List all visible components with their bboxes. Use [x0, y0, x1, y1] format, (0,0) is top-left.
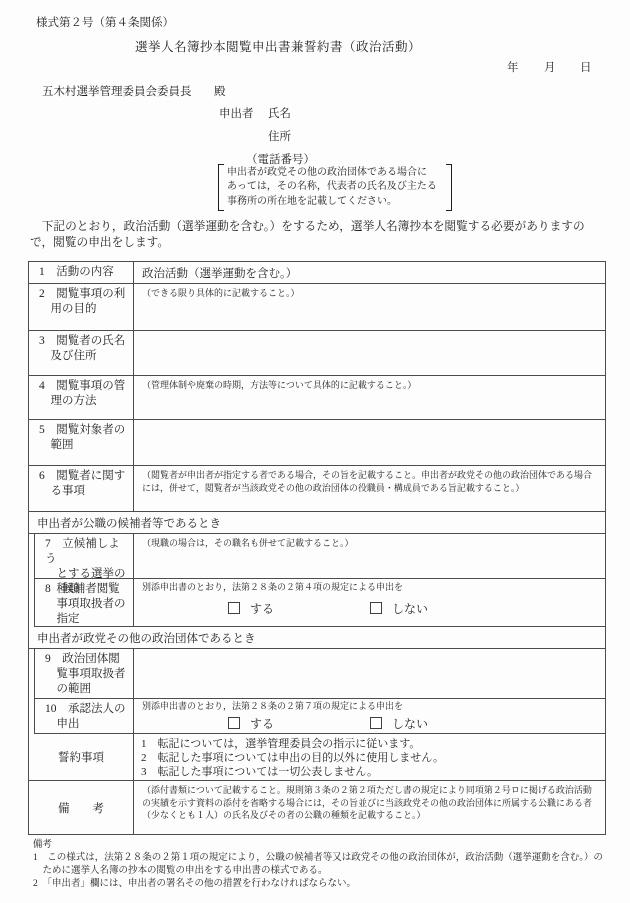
- row4-label: 4 閲覧事項の管 理の方法: [29, 376, 134, 419]
- row10-content: 別添申出書のとおり，法第２８条の２第７項の規定による申出を する しない: [134, 699, 605, 733]
- table-row-7: 7 立候補しよう とする選挙の 種類 （現職の場合は，その職名も併せて記載するこ…: [35, 534, 605, 579]
- row2-note: （できる限り具体的に記載すること。）: [142, 288, 300, 298]
- pledge-item-1: 1 転記については，選挙管理委員会の指示に従います。: [141, 738, 601, 752]
- row10-option-no: しない: [370, 715, 428, 732]
- row10-note: 別添申出書のとおり，法第２８条の２第７項の規定による申出を: [142, 701, 599, 713]
- table-row-9: 9 政治団体閲 覧事項取扱者 の範囲: [35, 649, 605, 699]
- row7-label: 7 立候補しよう とする選挙の 種類: [35, 534, 134, 578]
- remarks-note: （添付書類について記載すること。規則第３条の２第２項ただし書の規定により同項第２…: [142, 785, 592, 820]
- row3-input-area[interactable]: [134, 331, 605, 375]
- checkbox-corporation-no[interactable]: [370, 717, 382, 729]
- row1-content: 政治活動（選挙運動を含む。）: [134, 262, 605, 283]
- right-bracket: [446, 164, 452, 211]
- left-bracket: [218, 164, 224, 211]
- applicant-name-label: 氏名: [268, 105, 291, 121]
- table-row-4: 4 閲覧事項の管 理の方法 （管理体制や廃棄の時期，方法等について具体的に記載す…: [29, 376, 605, 420]
- row4-input-area[interactable]: （管理体制や廃棄の時期，方法等について具体的に記載すること。）: [134, 376, 605, 419]
- table-row-5: 5 閲覧対象者の 範囲: [29, 420, 605, 466]
- applicant-address-label: 住所: [268, 128, 291, 144]
- row9-label: 9 政治団体閲 覧事項取扱者 の範囲: [35, 649, 134, 698]
- application-table: 1 活動の内容 政治活動（選挙運動を含む。） 2 閲覧事項の利 用の目的 （でき…: [28, 261, 606, 835]
- row8-option-no-label: しない: [392, 600, 428, 617]
- row8-option-yes-label: する: [250, 600, 274, 617]
- row2-label: 2 閲覧事項の利 用の目的: [29, 284, 134, 330]
- date-year-label: 年: [507, 59, 519, 75]
- row10-option-yes-label: する: [250, 715, 274, 732]
- row8-option-yes: する: [228, 600, 274, 617]
- date-day-label: 日: [580, 59, 592, 75]
- table-row-1: 1 活動の内容 政治活動（選挙運動を含む。）: [29, 262, 605, 284]
- applicant-bracket-note: 申出者が政党その他の政治団体である場合に あっては，その名称，代表者の氏名及び主…: [218, 164, 452, 211]
- row8-label: 8 候補者閲覧 事項取扱者の 指定: [35, 579, 134, 626]
- checkbox-corporation-yes[interactable]: [228, 717, 240, 729]
- row8-note: 別添申出書のとおり，法第２８条の２第４項の規定による申出を: [142, 582, 599, 594]
- party-subtable: 9 政治団体閲 覧事項取扱者 の範囲 10 承認法人の 申出 別添申出書のとおり…: [34, 649, 605, 734]
- row1-label: 1 活動の内容: [29, 262, 134, 283]
- date-month-label: 月: [544, 59, 556, 75]
- remarks-input-area[interactable]: （添付書類について記載すること。規則第３条の２第２項ただし書の規定により同項第２…: [134, 781, 605, 834]
- intro-paragraph: 下記のとおり，政治活動（選挙運動を含む。）をするため，選挙人名簿抄本を閲覧する必…: [30, 219, 604, 250]
- page-title: 選挙人名簿抄本閲覧申出書兼誓約書（政治活動）: [135, 37, 421, 55]
- row6-input-area[interactable]: （閲覧者が申出者が指定する者である場合，その旨を記載すること。申出者が政党その他…: [134, 466, 605, 511]
- row3-label: 3 閲覧者の氏名 及び住所: [29, 331, 134, 375]
- table-row-3: 3 閲覧者の氏名 及び住所: [29, 331, 605, 376]
- footer-heading: 備考: [33, 839, 609, 852]
- table-row-6: 6 閲覧者に関す る事項 （閲覧者が申出者が指定する者である場合，その旨を記載す…: [29, 466, 605, 512]
- row6-note: （閲覧者が申出者が指定する者である場合，その旨を記載すること。申出者が政党その他…: [142, 470, 592, 493]
- row10-label: 10 承認法人の 申出: [35, 699, 134, 733]
- form-number: 様式第２号（第４条関係）: [36, 14, 174, 30]
- row5-label: 5 閲覧対象者の 範囲: [29, 420, 134, 465]
- row8-content: 別添申出書のとおり，法第２８条の２第４項の規定による申出を する しない: [134, 579, 605, 626]
- footer-note-2: 2 「申出者」欄には、申出者の署名その他の措置を行わなければならない。: [33, 878, 609, 891]
- candidate-subtable: 7 立候補しよう とする選挙の 種類 （現職の場合は，その職名も併せて記載するこ…: [34, 534, 605, 627]
- section-candidate-header: 申出者が公職の候補者等であるとき: [29, 512, 605, 534]
- table-row-8: 8 候補者閲覧 事項取扱者の 指定 別添申出書のとおり，法第２８条の２第４項の規…: [35, 579, 605, 627]
- applicant-label: 申出者: [219, 105, 254, 121]
- row5-input-area[interactable]: [134, 420, 605, 465]
- form-page: 様式第２号（第４条関係） 選挙人名簿抄本閲覧申出書兼誓約書（政治活動） 年 月 …: [0, 0, 630, 903]
- row10-options: する しない: [142, 715, 599, 732]
- row8-option-no: しない: [370, 600, 428, 617]
- remarks-label: 備 考: [29, 781, 134, 834]
- row2-input-area[interactable]: （できる限り具体的に記載すること。）: [134, 284, 605, 330]
- pledge-label: 誓約事項: [29, 734, 134, 780]
- row10-option-no-label: しない: [392, 715, 428, 732]
- pledge-item-3: 3 転記した事項については一切公表しません。: [141, 766, 601, 780]
- row8-options: する しない: [142, 600, 599, 617]
- addressee-honorific: 殿: [214, 83, 226, 99]
- pledge-item-2: 2 転記した事項については申出の目的以外に使用しません。: [141, 752, 601, 766]
- checkbox-designate-yes[interactable]: [228, 602, 240, 614]
- footer-notes: 備考 1 この様式は，法第２８条の２第１項の規定により，公職の候補者等又は政党そ…: [33, 839, 609, 891]
- remarks-row: 備 考 （添付書類について記載すること。規則第３条の２第２項ただし書の規定により…: [29, 781, 605, 834]
- section-party-header: 申出者が政党その他の政治団体であるとき: [29, 627, 605, 649]
- table-row-2: 2 閲覧事項の利 用の目的 （できる限り具体的に記載すること。）: [29, 284, 605, 331]
- row7-note: （現職の場合は，その職名も併せて記載すること。）: [142, 538, 354, 548]
- row4-note: （管理体制や廃棄の時期，方法等について具体的に記載すること。）: [142, 380, 416, 390]
- row6-label: 6 閲覧者に関す る事項: [29, 466, 134, 511]
- checkbox-designate-no[interactable]: [370, 602, 382, 614]
- row7-input-area[interactable]: （現職の場合は，その職名も併せて記載すること。）: [134, 534, 605, 578]
- row9-input-area[interactable]: [134, 649, 605, 698]
- addressee: 五木村選挙管理委員会委員長: [42, 83, 192, 99]
- row10-option-yes: する: [228, 715, 274, 732]
- table-row-10: 10 承認法人の 申出 別添申出書のとおり，法第２８条の２第７項の規定による申出…: [35, 699, 605, 734]
- bracket-note-text: 申出者が政党その他の政治団体である場合に あっては，その名称，代表者の氏名及び主…: [227, 166, 443, 209]
- pledge-row: 誓約事項 1 転記については，選挙管理委員会の指示に従います。 2 転記した事項…: [29, 734, 605, 781]
- pledge-items: 1 転記については，選挙管理委員会の指示に従います。 2 転記した事項については…: [134, 734, 605, 780]
- footer-note-1: 1 この様式は，法第２８条の２第１項の規定により，公職の候補者等又は政党その他の…: [33, 852, 609, 878]
